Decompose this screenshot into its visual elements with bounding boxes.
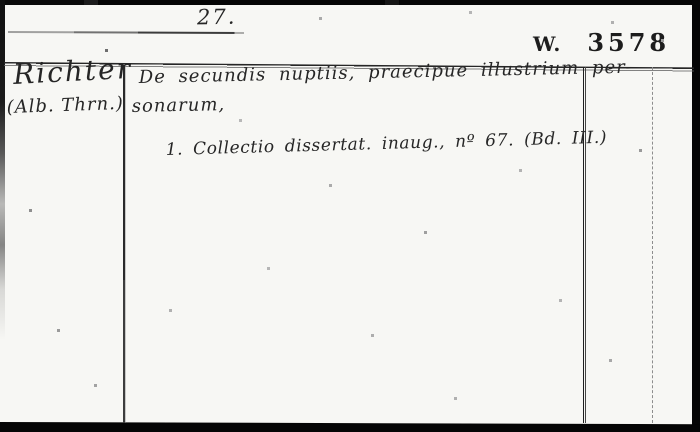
page-number: 27. [197, 5, 237, 30]
author-detail: (Alb. Thrn.) [6, 93, 124, 118]
scan-edge-right [692, 0, 700, 432]
author-column-divider [123, 65, 125, 423]
shelfmark-number: 3578 [587, 28, 670, 57]
scan-edge-top [0, 0, 700, 5]
shelfmark-stamp: W. 3578 [533, 28, 670, 57]
page-number-underline [8, 31, 244, 34]
scan-noise-specks [0, 0, 1, 1]
reference-entry: 1. Collectio dissertat. inaug., nº 67. (… [165, 128, 607, 160]
title-line-2: sonarum, [132, 94, 226, 117]
title-line-1: De secundis nuptiis, praecipue illustriu… [139, 57, 633, 88]
right-column-divider [652, 67, 653, 423]
scan-edge-bottom [0, 422, 700, 432]
author-name: Richter [12, 52, 133, 91]
main-column-divider [583, 67, 587, 423]
catalog-card-scan: 27. W. 3578 Richter (Alb. Thrn.) De secu… [0, 0, 700, 432]
scan-edge-left [0, 0, 5, 340]
shelfmark-series: W. [533, 32, 561, 56]
